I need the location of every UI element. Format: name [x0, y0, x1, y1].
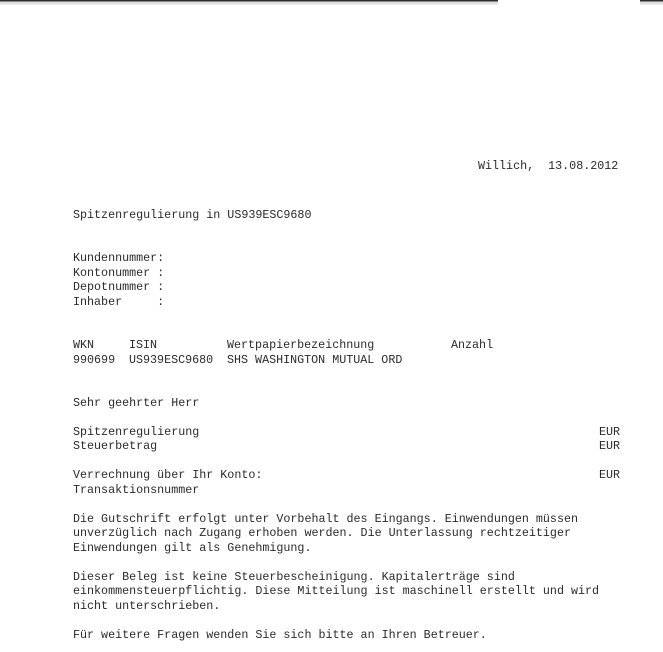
- paragraph-line: einkommensteuerpflichtig. Diese Mitteilu…: [73, 584, 599, 598]
- field-kundennummer: Kundennummer:: [73, 251, 164, 265]
- paragraph-line: unverzüglich nach Zugang erhoben werden.…: [73, 526, 571, 540]
- cell-isin: US939ESC9680: [129, 353, 213, 367]
- settlement-label: Verrechnung über Ihr Konto:: [73, 468, 262, 482]
- amount-currency-steuerbetrag: EUR: [599, 439, 620, 453]
- amount-label-steuerbetrag: Steuerbetrag: [73, 439, 157, 453]
- field-kontonummer: Kontonummer :: [73, 266, 164, 280]
- column-header-isin: ISIN: [129, 338, 157, 352]
- column-header-wkn: WKN: [73, 338, 94, 352]
- paragraph-line: Die Gutschrift erfolgt unter Vorbehalt d…: [73, 512, 578, 526]
- window-top-border-left: [0, 0, 498, 5]
- amount-currency-spitzenregulierung: EUR: [599, 425, 620, 439]
- subject-line: Spitzenregulierung in US939ESC9680: [73, 208, 311, 222]
- settlement-type: Gutschrift: [349, 468, 429, 482]
- field-depotnummer: Depotnummer :: [73, 280, 164, 294]
- settlement-currency: EUR: [599, 468, 620, 482]
- paragraph-line: Für weitere Fragen wenden Sie sich bitte…: [73, 628, 487, 642]
- paragraph-line: Dieser Beleg ist keine Steuerbescheinigu…: [73, 570, 515, 584]
- paragraph-line: nicht unterschrieben.: [73, 599, 220, 613]
- window-top-border-right: [640, 0, 663, 5]
- cell-wkn: 990699: [73, 353, 115, 367]
- cell-name: SHS WASHINGTON MUTUAL ORD: [227, 353, 402, 367]
- place-date: Willich, 13.08.2012: [478, 159, 618, 173]
- paragraph-line: Einwendungen gilt als Genehmigung.: [73, 541, 311, 555]
- salutation: Sehr geehrter Herr: [73, 396, 199, 410]
- column-header-name: Wertpapierbezeichnung: [227, 338, 374, 352]
- transaction-number-label: Transaktionsnummer: [73, 483, 199, 497]
- column-header-quantity: Anzahl: [451, 338, 493, 352]
- amount-label-spitzenregulierung: Spitzenregulierung: [73, 425, 199, 439]
- field-inhaber: Inhaber :: [73, 295, 164, 309]
